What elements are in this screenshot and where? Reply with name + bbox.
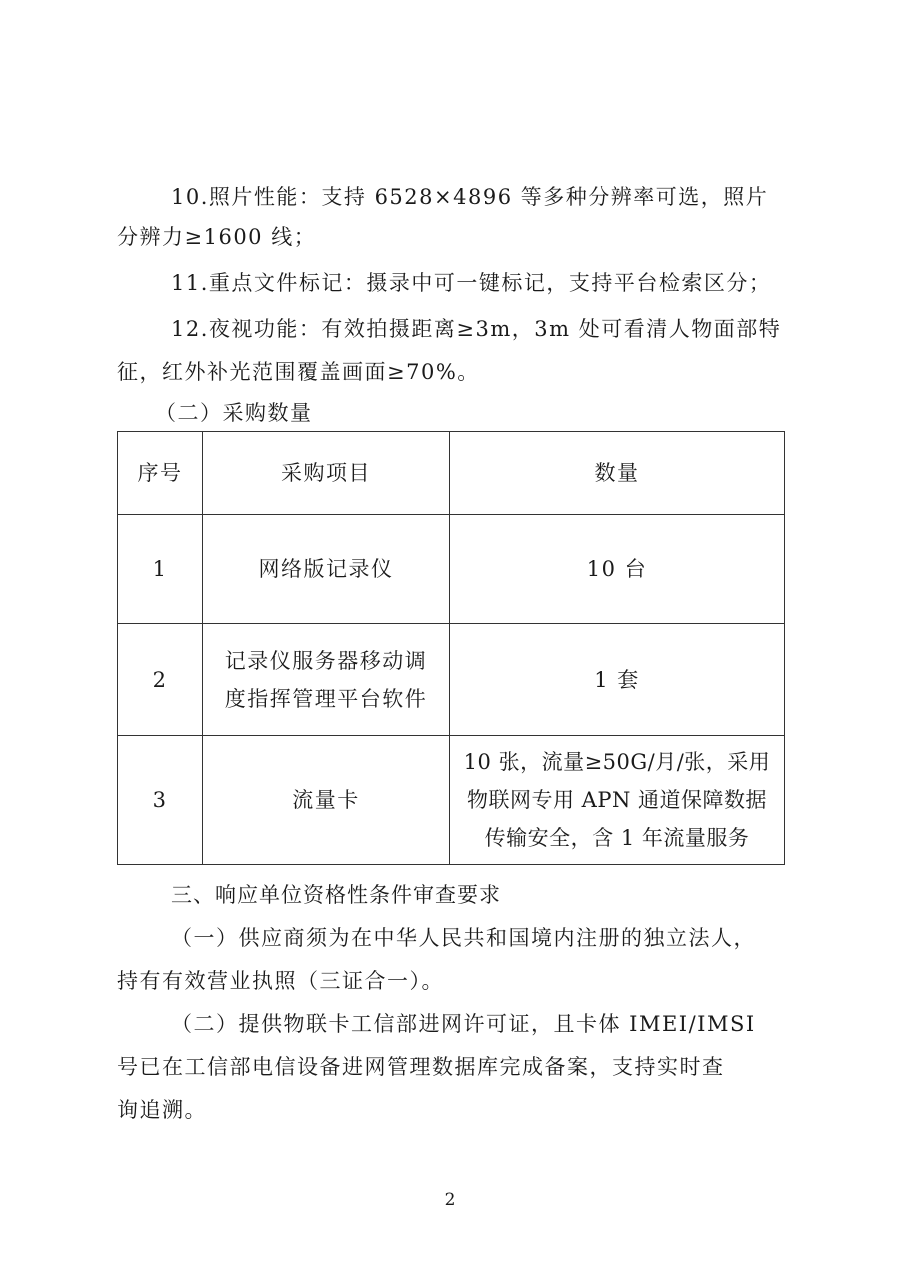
- sub-heading-procurement-quantity: （二）采购数量: [155, 398, 313, 428]
- paragraph-night-vision-line1: 12.夜视功能：有效拍摄距离≥3m，3m 处可看清人物面部特: [171, 314, 781, 344]
- row-number: 3: [118, 736, 203, 865]
- paragraph-night-vision-line2: 征，红外补光范围覆盖画面≥70%。: [117, 357, 480, 387]
- row-item-line: 记录仪服务器移动调: [203, 642, 449, 680]
- row-quantity: 10 张，流量≥50G/月/张，采用 物联网专用 APN 通道保障数据 传输安全…: [450, 736, 785, 865]
- paragraph-qualification-2-line3: 询追溯。: [117, 1095, 207, 1125]
- table-row: 1 网络版记录仪 10 台: [118, 515, 785, 624]
- table-row: 2 记录仪服务器移动调 度指挥管理平台软件 1 套: [118, 624, 785, 736]
- paragraph-qualification-1-line2: 持有有效营业执照（三证合一）。: [117, 966, 444, 996]
- paragraph-photo-performance-line1: 10.照片性能：支持 6528×4896 等多种分辨率可选，照片: [171, 182, 768, 212]
- paragraph-qualification-2-line2: 号已在工信部电信设备进网管理数据库完成备案，支持实时查: [117, 1052, 725, 1082]
- page-number: 2: [0, 1190, 900, 1210]
- row-quantity-line: 物联网专用 APN 通道保障数据: [450, 781, 784, 819]
- row-item: 流量卡: [203, 736, 450, 865]
- paragraph-key-file-marking: 11.重点文件标记：摄录中可一键标记，支持平台检索区分；: [171, 268, 771, 298]
- row-quantity-line: 10 张，流量≥50G/月/张，采用: [450, 743, 784, 781]
- row-quantity-line: 1 套: [450, 661, 784, 699]
- paragraph-qualification-2-line1: （二）提供物联卡工信部进网许可证，且卡体 IMEI/IMSI: [171, 1009, 756, 1039]
- row-item-line: 度指挥管理平台软件: [203, 680, 449, 718]
- paragraph-photo-performance-line2: 分辨力≥1600 线；: [117, 222, 316, 252]
- paragraph-qualification-1-line1: （一）供应商须为在中华人民共和国境内注册的独立法人，: [171, 923, 756, 953]
- row-number: 1: [118, 515, 203, 624]
- document-page: 10.照片性能：支持 6528×4896 等多种分辨率可选，照片 分辨力≥160…: [0, 0, 900, 1272]
- procurement-table: 序号 采购项目 数量 1 网络版记录仪 10 台 2 记录仪服务器移动调 度指挥…: [117, 431, 785, 865]
- header-procurement-item: 采购项目: [203, 432, 450, 515]
- header-quantity: 数量: [450, 432, 785, 515]
- row-quantity: 10 台: [450, 515, 785, 624]
- header-serial-number: 序号: [118, 432, 203, 515]
- row-item: 网络版记录仪: [203, 515, 450, 624]
- row-number: 2: [118, 624, 203, 736]
- row-item-line: 流量卡: [203, 781, 449, 819]
- table-header-row: 序号 采购项目 数量: [118, 432, 785, 515]
- row-item: 记录仪服务器移动调 度指挥管理平台软件: [203, 624, 450, 736]
- table-row: 3 流量卡 10 张，流量≥50G/月/张，采用 物联网专用 APN 通道保障数…: [118, 736, 785, 865]
- row-quantity-line: 传输安全，含 1 年流量服务: [450, 819, 784, 857]
- section-heading-qualification-requirements: 三、响应单位资格性条件审查要求: [171, 880, 501, 910]
- row-quantity: 1 套: [450, 624, 785, 736]
- row-quantity-line: 10 台: [450, 550, 784, 588]
- row-item-line: 网络版记录仪: [203, 550, 449, 588]
